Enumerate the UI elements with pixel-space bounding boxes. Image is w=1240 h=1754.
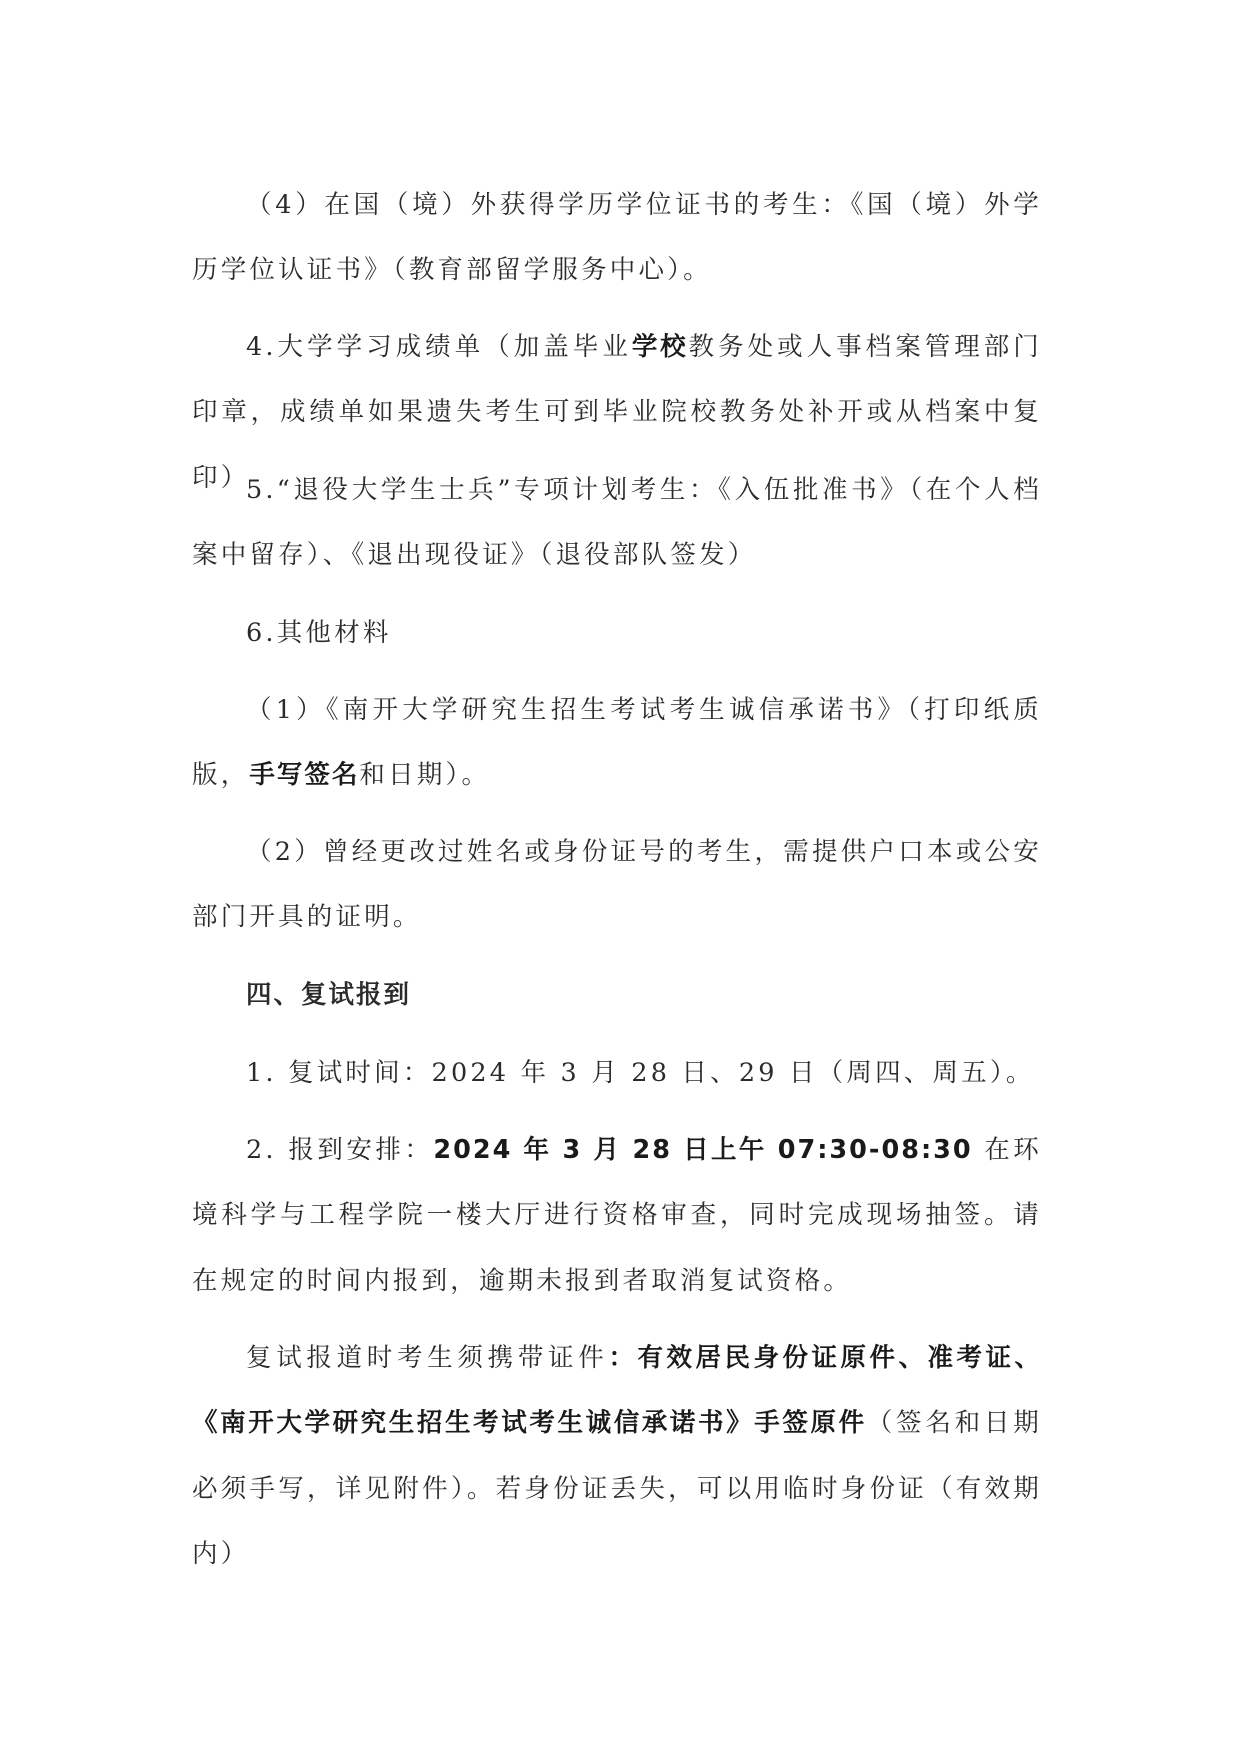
text-segment: 复试报道时考生须携带证件 [246, 1343, 608, 1373]
text-segment: 5.“退役大学生士兵”专项计划考生：《入伍批准书》（在个人档案中留存）、《退出现… [192, 475, 1042, 571]
text-segment: （4）在国（境）外获得学历学位证书的考生：《国（境）外学历学位认证书》（教育部留… [192, 190, 1042, 286]
paragraph-name-change: （2）曾经更改过姓名或身份证号的考生，需提供户口本或公安部门开具的证明。 [192, 820, 1042, 951]
text-segment: 1. 复试时间：2024 年 3 月 28 日、29 日（周四、周五）。 [246, 1058, 1035, 1088]
text-segment: （2）曾经更改过姓名或身份证号的考生，需提供户口本或公安部门开具的证明。 [192, 837, 1042, 933]
text-segment: 和日期）。 [359, 760, 490, 790]
paragraph-checkin-arrangement: 2. 报到安排：2024 年 3 月 28 日上午 07:30-08:30 在环… [192, 1118, 1042, 1315]
paragraph-other-materials: 6.其他材料 [192, 601, 1042, 667]
text-segment: 2. 报到安排： [246, 1135, 433, 1165]
heading-text: 四、复试报到 [246, 980, 411, 1010]
paragraph-required-documents: 复试报道时考生须携带证件：有效居民身份证原件、准考证、《南开大学研究生招生考试考… [192, 1326, 1042, 1588]
paragraph-retest-time: 1. 复试时间：2024 年 3 月 28 日、29 日（周四、周五）。 [192, 1041, 1042, 1107]
text-segment: 4.大学学习成绩单（加盖毕业 [246, 332, 632, 362]
paragraph-integrity-pledge: （1）《南开大学研究生招生考试考生诚信承诺书》（打印纸质版，手写签名和日期）。 [192, 678, 1042, 809]
bold-text-segment: 手写签名 [249, 760, 359, 790]
text-segment: 6.其他材料 [246, 618, 392, 648]
paragraph-veterans: 5.“退役大学生士兵”专项计划考生：《入伍批准书》（在个人档案中留存）、《退出现… [192, 458, 1042, 589]
section-heading-retest-checkin: 四、复试报到 [192, 963, 1042, 1029]
bold-text-segment: 学校 [632, 332, 689, 362]
paragraph-overseas-degree: （4）在国（境）外获得学历学位证书的考生：《国（境）外学历学位认证书》（教育部留… [192, 173, 1042, 304]
bold-text-segment: 2024 年 3 月 28 日上午 07:30-08:30 [433, 1135, 972, 1165]
